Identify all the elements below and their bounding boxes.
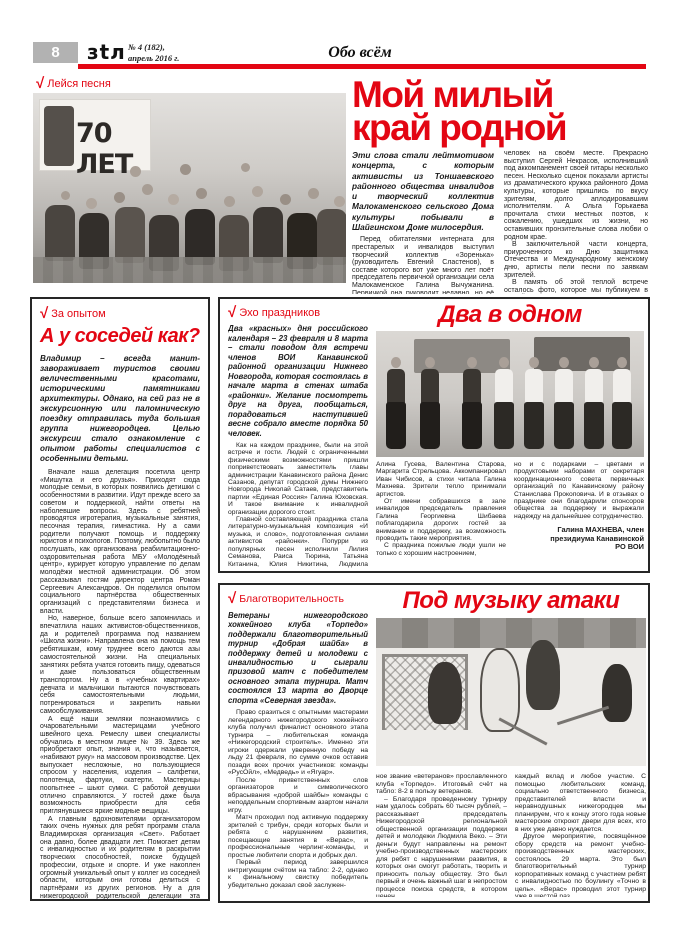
paragraph: В память об этой теплой встрече осталось…	[504, 279, 648, 294]
crowd-heads	[61, 191, 70, 200]
check-icon: √	[40, 305, 48, 322]
header-rule	[78, 64, 646, 69]
section-label-charity: √Благотворительность	[228, 590, 368, 607]
person-figure	[610, 357, 634, 449]
player-figure	[602, 664, 632, 722]
article-main-title: Мой милыйкрай родной	[352, 78, 648, 144]
check-icon: √	[36, 75, 44, 92]
paragraph: Главной составляющей праздника стала лит…	[228, 516, 368, 568]
banner-figure	[44, 106, 74, 166]
stands	[376, 618, 646, 648]
newspaper-logo: зtл	[87, 40, 126, 64]
newspaper-page: 8 зtл № 4 (182), апрель 2016 г. Обо всём…	[0, 0, 680, 949]
article-holidays-right: Два в одном Алина Гусева, Валентина Стар…	[376, 301, 644, 571]
check-icon: √	[228, 304, 236, 321]
person-figure	[460, 357, 484, 449]
person-figure	[552, 357, 576, 449]
article-experience-title: А у соседей как?	[40, 325, 200, 348]
paragraph: Первый период завершился интригующим счё…	[228, 859, 368, 889]
issue-info: № 4 (182), апрель 2016 г.	[128, 42, 179, 63]
paragraph: Перед обитателями интерната для престаре…	[352, 236, 494, 294]
article-holidays-col1: √Эхо праздников Два «красных» дня россий…	[228, 304, 368, 568]
article-charity-title: Под музыку атаки	[376, 587, 646, 615]
paragraph: Другое мероприятие, посвящённое сбору ср…	[515, 833, 646, 897]
paragraph: – Благодаря проведенному турниру нам уда…	[376, 796, 507, 898]
title-line-2: край родной	[352, 107, 566, 148]
player-figure	[428, 662, 462, 724]
paragraph: Как на каждом празднике, были на этой вс…	[228, 442, 368, 516]
section-label-text: За опытом	[51, 308, 105, 320]
rubric-title: Обо всём	[280, 44, 440, 62]
article-main-lead: Эти слова стали лейтмотивом концерта, с …	[352, 150, 494, 232]
signature-line: РО ВОИ	[514, 543, 644, 552]
paragraph: От имени собравшихся в зале инвалидов пр…	[376, 498, 506, 542]
article-experience-lead: Владимир – всегда манит-завораживает тур…	[40, 354, 200, 464]
article-holidays: √Эхо праздников Два «красных» дня россий…	[218, 297, 650, 573]
page-number: 8	[33, 42, 78, 63]
paragraph: но и с подарками – цветами и продуктовым…	[514, 461, 644, 520]
article-main-col1: Эти слова стали лейтмотивом концерта, с …	[352, 150, 494, 294]
article-charity-lead: Ветераны нижегородского хоккейного клуба…	[228, 611, 368, 705]
section-label-holidays: √Эхо праздников	[228, 304, 368, 321]
paragraph: человек на своём месте. Прекрасно выступ…	[504, 150, 648, 241]
paragraph: А ещё наши земляки познакомились с очаро…	[40, 716, 200, 816]
article-charity: √Благотворительность Ветераны нижегородс…	[218, 583, 650, 903]
player-figure	[526, 640, 560, 710]
choir-photo	[376, 331, 644, 457]
paragraph: ное звание «ветеранов» прославленного кл…	[376, 773, 507, 796]
banner-text: 70 ЛЕТ	[76, 118, 150, 180]
paragraph: С праздника пожилые люди ушли не только …	[376, 542, 506, 557]
person-figure	[418, 357, 442, 449]
article-charity-col2: ное звание «ветеранов» прославленного кл…	[376, 773, 507, 897]
person-figure	[384, 357, 408, 449]
paragraph: Право сразиться с опытными мастерами лег…	[228, 709, 368, 777]
section-label-text: Лейся песня	[47, 78, 111, 90]
section-label-text: Эхо праздников	[239, 307, 320, 319]
paragraph: В заключительной части концерта, приуроч…	[504, 241, 648, 279]
article-charity-col1: √Благотворительность Ветераны нижегородс…	[228, 590, 368, 898]
article-charity-right: Под музыку атаки ное звание «ветеранов» …	[376, 587, 646, 901]
crowd-bodies	[45, 205, 75, 261]
issue-number: № 4 (182),	[128, 42, 179, 53]
paragraph: каждый вклад и любое участие. С помощью …	[515, 773, 646, 833]
check-icon: √	[228, 590, 236, 607]
article-charity-col3: каждый вклад и любое участие. С помощью …	[515, 773, 646, 897]
article-holidays-title: Два в одном	[376, 301, 644, 329]
photo-floor	[33, 257, 346, 283]
person-figure	[582, 357, 606, 449]
section-label-song: √Лейся песня	[36, 75, 111, 92]
author-signature: Галина МАХНЕВА, член президиума Канавинс…	[514, 526, 644, 552]
paragraph: А главным вдохновителями организатором т…	[40, 816, 200, 901]
hockey-photo	[376, 618, 646, 766]
anniversary-banner: 70 ЛЕТ	[39, 99, 151, 171]
article-holidays-col2: Алина Гусева, Валентина Старова, Маргари…	[376, 461, 506, 569]
person-figure	[522, 357, 546, 449]
section-label-experience: √За опытом	[40, 305, 200, 322]
paragraph: Вначале наша делегация посетила центр «М…	[40, 469, 200, 615]
article-holidays-lead: Два «красных» дня российского календаря …	[228, 324, 368, 438]
paragraph: Но, наверное, больше всего запомнилась и…	[40, 615, 200, 715]
article-main-col2: человек на своём месте. Прекрасно выступ…	[504, 150, 648, 294]
article-experience: √За опытом А у соседей как? Владимир – в…	[30, 297, 210, 901]
issue-date: апрель 2016 г.	[128, 53, 179, 64]
article-holidays-col3: но и с подарками – цветами и продуктовым…	[514, 461, 644, 569]
group-photo: 70 ЛЕТ	[33, 93, 346, 283]
person-figure	[492, 357, 516, 449]
paragraph: Алина Гусева, Валентина Старова, Маргари…	[376, 461, 506, 498]
section-label-text: Благотворительность	[239, 593, 344, 605]
paragraph: Матч проходил под активную поддержку зри…	[228, 814, 368, 859]
article-main: Мой милыйкрай родной Эти слова стали лей…	[352, 78, 648, 290]
paragraph: После приветственных слов организаторов …	[228, 777, 368, 815]
hockey-stick	[557, 706, 609, 726]
